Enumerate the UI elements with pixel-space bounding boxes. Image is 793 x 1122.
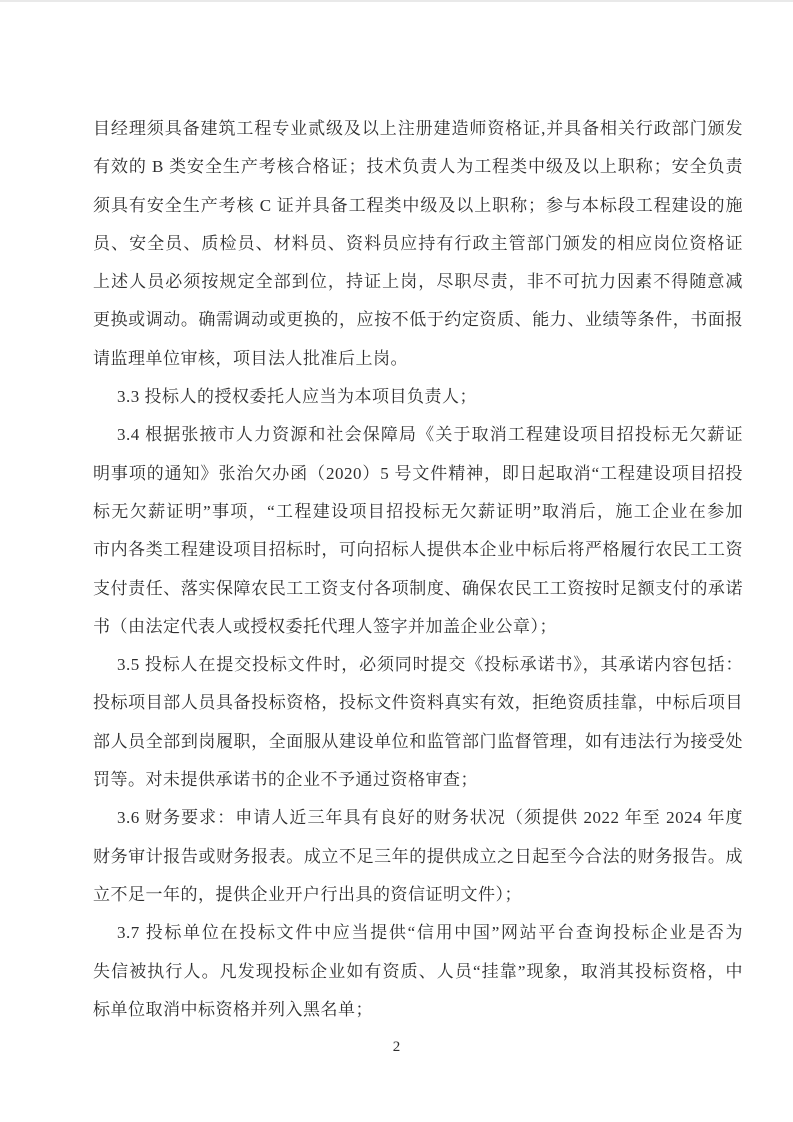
text-line: 罚等。对未提供承诺书的企业不予通过资格审查； [93,761,743,799]
text-line: 市内各类工程建设项目招标时，可向招标人提供本企业中标后将严格履行农民工工资 [93,531,743,569]
text-line: 书（由法定代表人或授权委托代理人签字并加盖企业公章）； [93,608,743,646]
text-line: 标单位取消中标资格并列入黑名单； [93,991,743,1029]
page-number: 2 [0,1036,793,1058]
document-page: 目经理须具备建筑工程专业贰级及以上注册建造师资格证,并具备相关行政部门颁发 有效… [0,0,793,1122]
clause-3-3-line: 3.3 投标人的授权委托人应当为本项目负责人； [93,378,743,416]
text-line: 请监理单位审核，项目法人批准后上岗。 [93,340,743,378]
text-line: 明事项的通知》张治欠办函（2020）5 号文件精神，即日起取消“工程建设项目招投 [93,455,743,493]
clause-3-4-line: 3.4 根据张掖市人力资源和社会保障局《关于取消工程建设项目招投标无欠薪证 [93,416,743,454]
clause-3-6-line: 3.6 财务要求：申请人近三年具有良好的财务状况（须提供 2022 年至 202… [93,799,743,837]
text-line: 有效的 B 类安全生产考核合格证；技术负责人为工程类中级及以上职称；安全负责人 [93,148,743,186]
text-line: 更换或调动。确需调动或更换的，应按不低于约定资质、能力、业绩等条件，书面报 [93,301,743,339]
clause-3-7-line: 3.7 投标单位在投标文件中应当提供“信用中国”网站平台查询投标企业是否为 [93,914,743,952]
text-line: 员、安全员、质检员、材料员、资料员应持有行政主管部门颁发的相应岗位资格证书； [93,225,743,263]
text-line: 部人员全部到岗履职，全面服从建设单位和监管部门监督管理，如有违法行为接受处 [93,723,743,761]
scan-artifact-line [0,0,793,2]
text-line: 须具有安全生产考核 C 证并具备工程类中级及以上职称；参与本标段工程建设的施工 [93,187,743,225]
text-line: 立不足一年的，提供企业开户行出具的资信证明文件）； [93,876,743,914]
text-line: 上述人员必须按规定全部到位，持证上岗，尽职尽责，非不可抗力因素不得随意减少、 [93,263,743,301]
document-body: 目经理须具备建筑工程专业贰级及以上注册建造师资格证,并具备相关行政部门颁发 有效… [93,110,743,1029]
text-line: 目经理须具备建筑工程专业贰级及以上注册建造师资格证,并具备相关行政部门颁发 [93,110,743,148]
text-line: 支付责任、落实保障农民工工资支付各项制度、确保农民工工资按时足额支付的承诺 [93,570,743,608]
text-line: 标无欠薪证明”事项，“工程建设项目招投标无欠薪证明”取消后，施工企业在参加 [93,493,743,531]
clause-3-5-line: 3.5 投标人在提交投标文件时，必须同时提交《投标承诺书》，其承诺内容包括： [93,646,743,684]
text-line: 失信被执行人。凡发现投标企业如有资质、人员“挂靠”现象，取消其投标资格，中 [93,953,743,991]
text-line: 投标项目部人员具备投标资格，投标文件资料真实有效，拒绝资质挂靠，中标后项目 [93,684,743,722]
text-line: 财务审计报告或财务报表。成立不足三年的提供成立之日起至今合法的财务报告。成 [93,838,743,876]
